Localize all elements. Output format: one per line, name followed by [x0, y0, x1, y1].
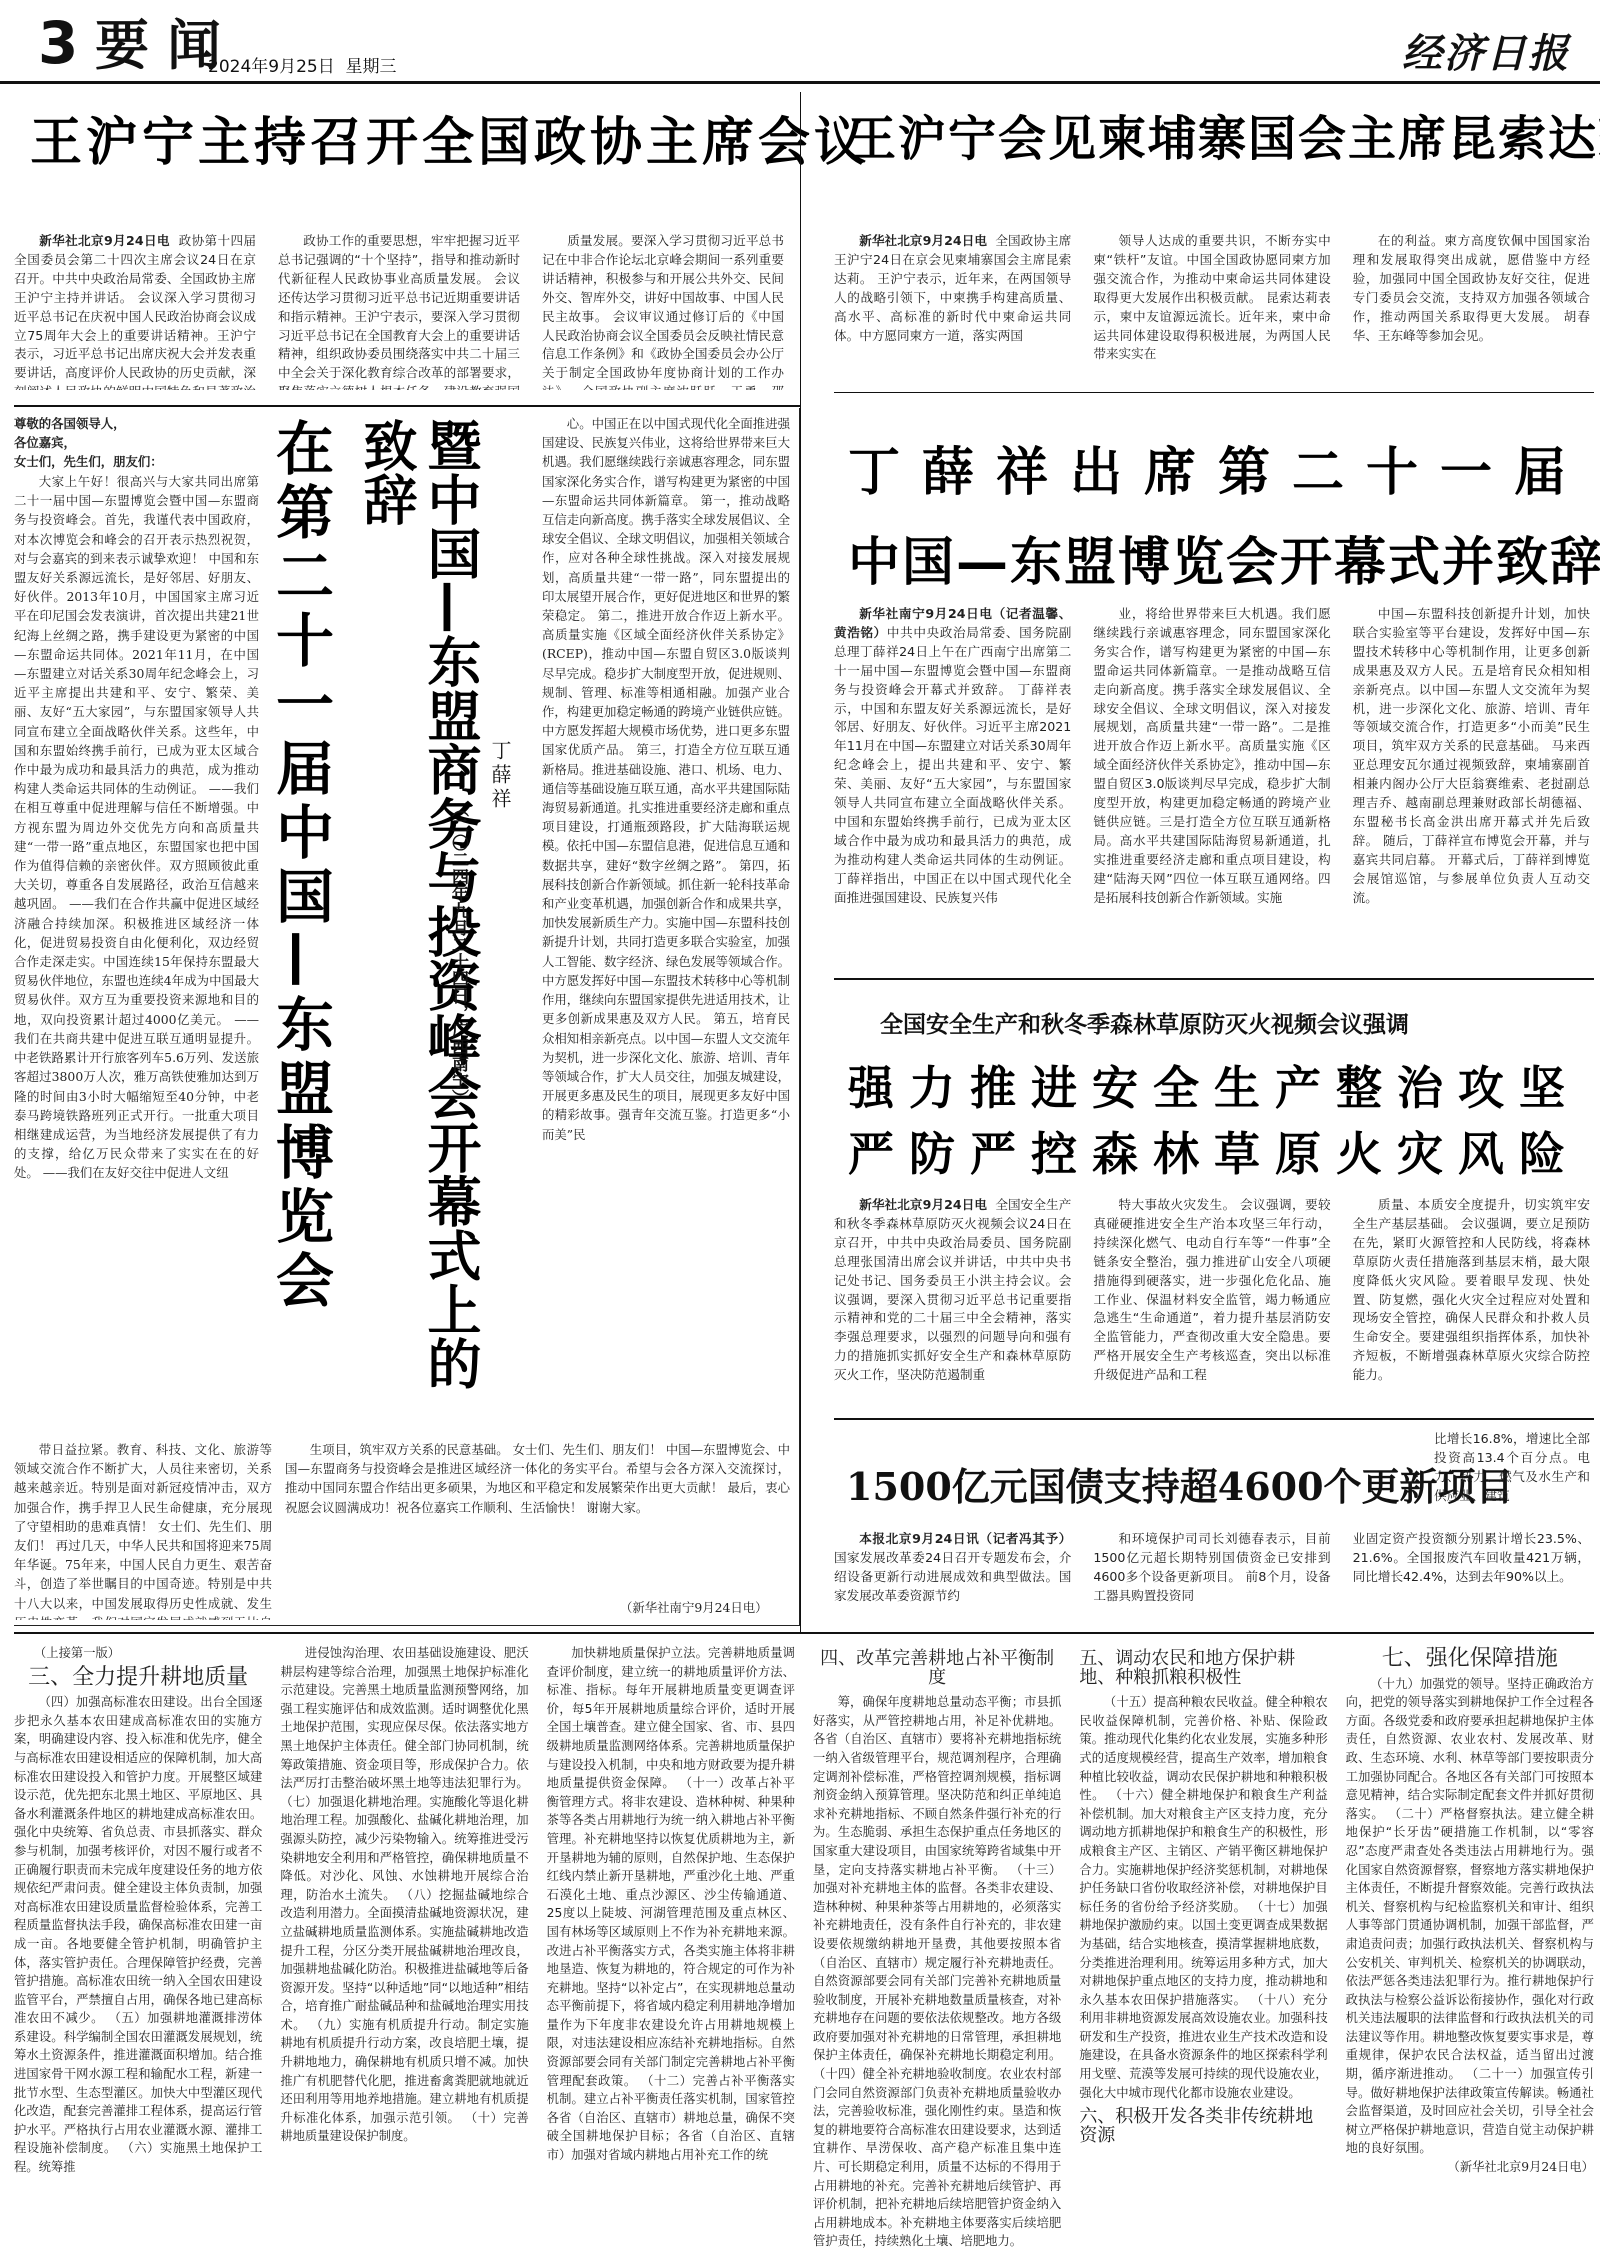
divider — [834, 1418, 1594, 1420]
article3-col2: 业，将给世界带来巨大机遇。我们愿继续践行亲诚惠容理念，同东盟国家深化务实合作，谱… — [1093, 605, 1330, 908]
article5-col1: 国家发展改革委24日召开专题发布会，介绍设备更新行动进展成效和典型做法。国家发展… — [834, 1550, 1071, 1603]
article5-col3-top-text: 比增长16.8%，增速比全部投资高13.4个百分点。电力、热力、燃气及水生产和供… — [1434, 1430, 1590, 1506]
article4-headline-line1: 强力推进安全生产整治攻坚 — [848, 1052, 1580, 1118]
article6-signoff: （新华社北京9月24日电） — [1346, 2158, 1594, 2177]
salutation-line: 女士们，先生们，朋友们： — [14, 452, 259, 471]
article1-col1: 政协第十四届全国委员会第二十四次主席会议24日在京召开。中共中央政治局常委、全国… — [14, 233, 256, 390]
publication-date: 2024年9月25日 星期三 — [208, 52, 397, 77]
article6-col3: 加快耕地质量保护立法。完善耕地质量调查评价制度，建立统一的耕地质量评价方法、标准… — [547, 1644, 795, 2165]
article5-col3: 业固定资产投资额分别累计增长23.5%、21.6%。全国报废汽车回收量421万辆… — [1353, 1530, 1590, 1587]
article4-dateline: 新华社北京9月24日电 — [859, 1197, 987, 1212]
article6-col2: 进侵蚀沟治理、农田基础设施建设、肥沃耕层构建等综合治理，加强黑土地保护标准化示范… — [280, 1644, 528, 2146]
salutation-line: 尊敬的各国领导人， — [14, 414, 259, 433]
article2-col3: 在的利益。柬方高度钦佩中国国家治理和发展取得突出成就，愿借鉴中方经验，加强同中国… — [1353, 232, 1590, 345]
speech-author: 丁薛祥 — [486, 740, 515, 812]
article3-body: 新华社南宁9月24日电（记者温馨、黄浩铭）中共中央政治局常委、国务院副总理丁薛祥… — [834, 605, 1590, 975]
article6-body: （上接第一版） 三、全力提升耕地质量 （四）加强高标准农田建设。出台全国逐步把永… — [14, 1644, 1594, 2259]
article4-kicker: 全国安全生产和秋冬季森林草原防灭火视频会议强调 — [880, 1006, 1409, 1039]
section-heading: 七、强化保障措施 — [1346, 1650, 1594, 1669]
article3-headline-line2: 中国—东盟博览会开幕式并致辞 — [848, 520, 1600, 595]
article4-body: 新华社北京9月24日电 全国安全生产和秋冬季森林草原防灭火视频会议24日在京召开… — [834, 1196, 1590, 1408]
article5-col2: 和环境保护司司长刘德春表示，目前1500亿元超长期特别国债资金已安排到4600多… — [1093, 1530, 1330, 1606]
article5-col3-top: 比增长16.8%，增速比全部投资高13.4个百分点。电力、热力、燃气及水生产和供… — [1434, 1430, 1590, 1526]
divider — [834, 978, 1594, 980]
date-text: 2024年9月25日 — [208, 57, 335, 77]
section-heading: 五、调动农民和地方保护耕地、种粮抓粮积极性 — [1079, 1650, 1327, 1687]
article5-headline: 1500亿元国债支持超4600个更新项目 — [846, 1456, 1514, 1511]
weekday-text: 星期三 — [346, 57, 397, 77]
speech-left-text: 大家上午好！很高兴与大家共同出席第二十一届中国—东盟博览会暨中国—东盟商务与投资… — [14, 472, 259, 1183]
section-heading: 六、积极开发各类非传统耕地资源 — [1079, 2108, 1327, 2145]
section-heading: 四、改革完善耕地占补平衡制度 — [813, 1650, 1061, 1687]
speech-right-column: 心。中国正在以中国式现代化全面推进强国建设、民族复兴伟业，这将给世界带来巨大机遇… — [542, 414, 790, 1424]
continued-from: （上接第一版） — [14, 1644, 262, 1663]
article6-col6: （十九）加强党的领导。坚持正确政治方向，把党的领导落实到耕地保护工作全过程各方面… — [1346, 1675, 1594, 2158]
speech-left-column: 大家上午好！很高兴与大家共同出席第二十一届中国—东盟博览会暨中国—东盟商务与投资… — [14, 472, 259, 1422]
salutation-line: 各位嘉宾， — [14, 433, 259, 452]
speech-right-text: 心。中国正在以中国式现代化全面推进强国建设、民族复兴伟业，这将给世界带来巨大机遇… — [542, 414, 790, 1144]
article3-col3: 中国—东盟科技创新提升计划，加快联合实验室等平台建设，发挥好中国—东盟技术转移中… — [1353, 605, 1590, 908]
article1-col2: 政协工作的重要思想，牢牢把握习近平总书记强调的“十个坚持”，指导和推动新时代新征… — [278, 232, 520, 390]
speech-date: （二〇二四年九月二十四日，广西南宁） — [446, 800, 471, 1106]
speech-title-col1: 在第二十一届中国—东盟博览会 — [268, 418, 332, 1418]
article3-col1: 中共中央政治局常委、国务院副总理丁薛祥24日上午在广西南宁出席第二十一届中国—东… — [834, 625, 1071, 905]
newspaper-logo: 经济日报 — [1402, 22, 1570, 79]
article2-col1: 全国政协主席王沪宁24日在京会见柬埔寨国会主席昆索达莉。 王沪宁表示，近年来，在… — [834, 233, 1071, 343]
speech-bottom-left-text: 带日益拉紧。教育、科技、文化、旅游等领域交流合作不断扩大，人员往来密切，关系越来… — [14, 1440, 272, 1620]
article2-dateline: 新华社北京9月24日电 — [859, 233, 987, 248]
divider — [14, 1632, 1594, 1634]
article3-headline-line1: 丁薛祥出席第二十一届 — [848, 430, 1588, 505]
speech-bottom-left: 带日益拉紧。教育、科技、文化、旅游等领域交流合作不断扩大，人员往来密切，关系越来… — [14, 1440, 272, 1620]
speech-signoff: （新华社南宁9月24日电） — [620, 1598, 768, 1617]
article4-col2: 特大事故火灾发生。 会议强调，要较真碰硬推进安全生产治本攻坚三年行动，持续深化燃… — [1093, 1196, 1330, 1385]
divider — [14, 405, 800, 407]
speech-bottom-right: 生项目，筑牢双方关系的民意基础。 女士们、先生们、朋友们！ 中国—东盟博览会、中… — [285, 1440, 790, 1600]
article1-headline: 王沪宁主持召开全国政协主席会议 — [30, 100, 870, 175]
page-number: 3 — [38, 8, 78, 78]
article6-col4: 筹，确保年度耕地总量动态平衡；市县抓好落实，从严管控耕地占用，补足补优耕地。各省… — [813, 1693, 1061, 2251]
speech-bottom-right-text: 生项目，筑牢双方关系的民意基础。 女士们、先生们、朋友们！ 中国—东盟博览会、中… — [285, 1440, 790, 1517]
speech-salutation: 尊敬的各国领导人， 各位嘉宾， 女士们，先生们，朋友们： — [14, 414, 259, 472]
article1-col3: 质量发展。要深入学习贯彻习近平总书记在中非合作论坛北京峰会期间一系列重要讲话精神… — [542, 232, 784, 390]
article5-body: 本报北京9月24日讯（记者冯其予）国家发展改革委24日召开专题发布会，介绍设备更… — [834, 1530, 1590, 1622]
article2-body: 新华社北京9月24日电 全国政协主席王沪宁24日在京会见柬埔寨国会主席昆索达莉。… — [834, 232, 1590, 384]
article1-dateline: 新华社北京9月24日电 — [39, 233, 170, 248]
article2-headline: 王沪宁会见柬埔寨国会主席昆索达莉 — [848, 100, 1600, 169]
article1-body: 新华社北京9月24日电 政协第十四届全国委员会第二十四次主席会议24日在京召开。… — [14, 232, 784, 390]
column-divider — [800, 92, 801, 1632]
article4-headline-line2: 严防严控森林草原火灾风险 — [848, 1118, 1580, 1184]
article6-col5: （十五）提高种粮农民收益。健全种粮农民收益保障机制，完善价格、补贴、保险政策。推… — [1079, 1693, 1327, 2102]
divider — [834, 392, 1594, 393]
article2-col2: 领导人达成的重要共识，不断夯实中柬“铁杆”友谊。中国全国政协愿同柬方加强交流合作… — [1093, 232, 1330, 364]
article5-dateline: 本报北京9月24日讯（记者冯其予） — [859, 1531, 1071, 1546]
article4-col3: 质量、本质安全度提升，切实筑牢安全生产基层基础。 会议强调，要立足预防在先，紧盯… — [1353, 1196, 1590, 1385]
section-heading: 三、全力提升耕地质量 — [14, 1669, 262, 1688]
article4-col1: 全国安全生产和秋冬季森林草原防灭火视频会议24日在京召开，中共中央政治局委员、国… — [834, 1197, 1071, 1382]
article6-col1: （四）加强高标准农田建设。出台全国逐步把永久基本农田建成高标准农田的实施方案，明… — [14, 1693, 262, 2176]
